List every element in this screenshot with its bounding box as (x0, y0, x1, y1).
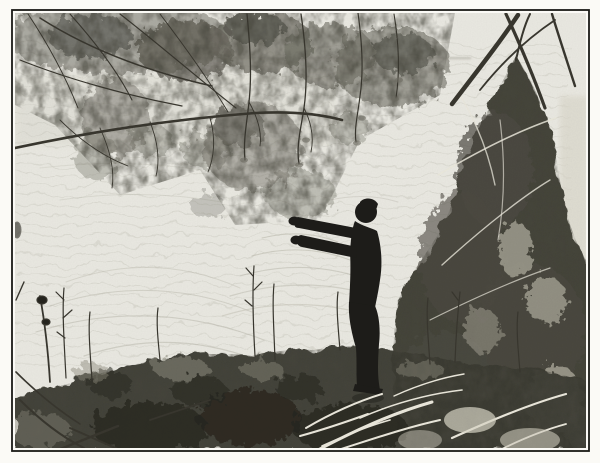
halftone-grain-overlay (15, 13, 586, 448)
pond-scene-svg (0, 0, 600, 463)
page (0, 0, 600, 463)
photo-plate (0, 0, 600, 463)
